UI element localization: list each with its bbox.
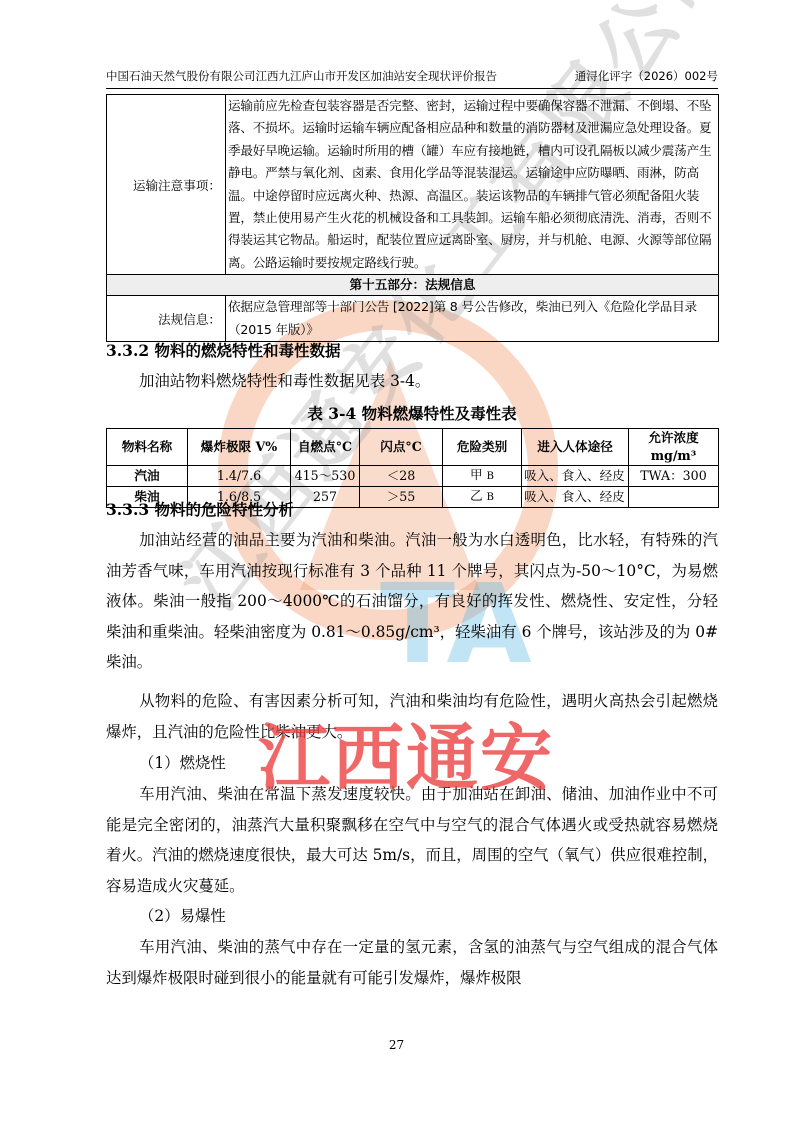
- cell-autoignition: 257: [291, 487, 360, 508]
- item-2-title: （2）易爆性: [106, 901, 718, 932]
- transport-row: 运输注意事项： 运输前应先检查包装容器是否完整、密封，运输过程中要确保容器不泄漏…: [107, 95, 719, 275]
- cell-autoignition: 415～530: [291, 466, 360, 487]
- section-header-row: 第十五部分：法规信息: [107, 275, 719, 296]
- cell-name: 汽油: [107, 466, 188, 487]
- regulation-label: 法规信息：: [107, 296, 226, 342]
- item-2-text: 车用汽油、柴油的蒸气中存在一定量的氢元素，含氢的油蒸气与空气组成的混合气体达到爆…: [106, 932, 718, 993]
- col-header: 自燃点°C: [291, 429, 360, 466]
- sds-info-table: 运输注意事项： 运输前应先检查包装容器是否完整、密封，运输过程中要确保容器不泄漏…: [106, 94, 719, 342]
- col-header: 进入人体途径: [522, 429, 629, 466]
- transport-text: 运输前应先检查包装容器是否完整、密封，运输过程中要确保容器不泄漏、不倒塌、不坠落…: [226, 95, 719, 275]
- cell-flash-point: ＞55: [360, 487, 443, 508]
- paragraph-hazard-summary: 从物料的危险、有害因素分析可知，汽油和柴油均有危险性，遇明火高热会引起燃烧爆炸，…: [106, 686, 718, 747]
- col-header: 危险类别: [443, 429, 522, 466]
- item-1-title: （1）燃烧性: [106, 748, 718, 779]
- document-number: 通浔化评字（2026）002号: [575, 66, 718, 88]
- cell-allowed: TWA：300: [629, 466, 719, 487]
- cell-route: 吸入、食入、经皮: [522, 466, 629, 487]
- col-header: 物料名称: [107, 429, 188, 466]
- paragraph-oil-description: 加油站经营的油品主要为汽油和柴油。汽油一般为水白透明色，比水轻，有特殊的汽油芳香…: [106, 525, 718, 678]
- transport-label: 运输注意事项：: [107, 95, 226, 275]
- material-properties-table: 物料名称 爆炸极限 V% 自燃点°C 闪点°C 危险类别 进入人体途径 允许浓度…: [106, 428, 719, 508]
- regulation-text: 依据应急管理部等十部门公告 [2022]第 8 号公告修改，柴油已列入《危险化学…: [226, 296, 719, 342]
- cell-hazard-class: 甲 B: [443, 466, 522, 487]
- regulation-row: 法规信息： 依据应急管理部等十部门公告 [2022]第 8 号公告修改，柴油已列…: [107, 296, 719, 342]
- item-1-text: 车用汽油、柴油在常温下蒸发速度较快。由于加油站在卸油、储油、加油作业中不可能是完…: [106, 779, 718, 901]
- page-header: 中国石油天然气股份有限公司江西九江庐山市开发区加油站安全现状评价报告 通浔化评字…: [106, 66, 718, 89]
- col-header: 闪点°C: [360, 429, 443, 466]
- cell-explosion-limit: 1.4/7.6: [188, 466, 291, 487]
- cell-route: 吸入、食入、经皮: [522, 487, 629, 508]
- cell-flash-point: ＜28: [360, 466, 443, 487]
- table-caption: 表 3-4 物料燃爆特性及毒性表: [106, 402, 718, 424]
- page-number: 27: [0, 1038, 793, 1052]
- col-header: 允许浓度 mg/m³: [629, 429, 719, 466]
- table-header-row: 物料名称 爆炸极限 V% 自燃点°C 闪点°C 危险类别 进入人体途径 允许浓度…: [107, 429, 719, 466]
- table-row: 汽油 1.4/7.6 415～530 ＜28 甲 B 吸入、食入、经皮 TWA：…: [107, 466, 719, 487]
- section-heading-332: 3.3.2 物料的燃烧特性和毒性数据: [106, 339, 341, 361]
- cell-allowed: [629, 487, 719, 508]
- section-332-intro: 加油站物料燃烧特性和毒性数据见表 3-4。: [106, 366, 718, 397]
- col-header: 爆炸极限 V%: [188, 429, 291, 466]
- section-title: 第十五部分：法规信息: [107, 275, 719, 296]
- section-heading-333: 3.3.3 物料的危险特性分析: [106, 498, 294, 520]
- report-title: 中国石油天然气股份有限公司江西九江庐山市开发区加油站安全现状评价报告: [106, 66, 497, 88]
- cell-hazard-class: 乙 B: [443, 487, 522, 508]
